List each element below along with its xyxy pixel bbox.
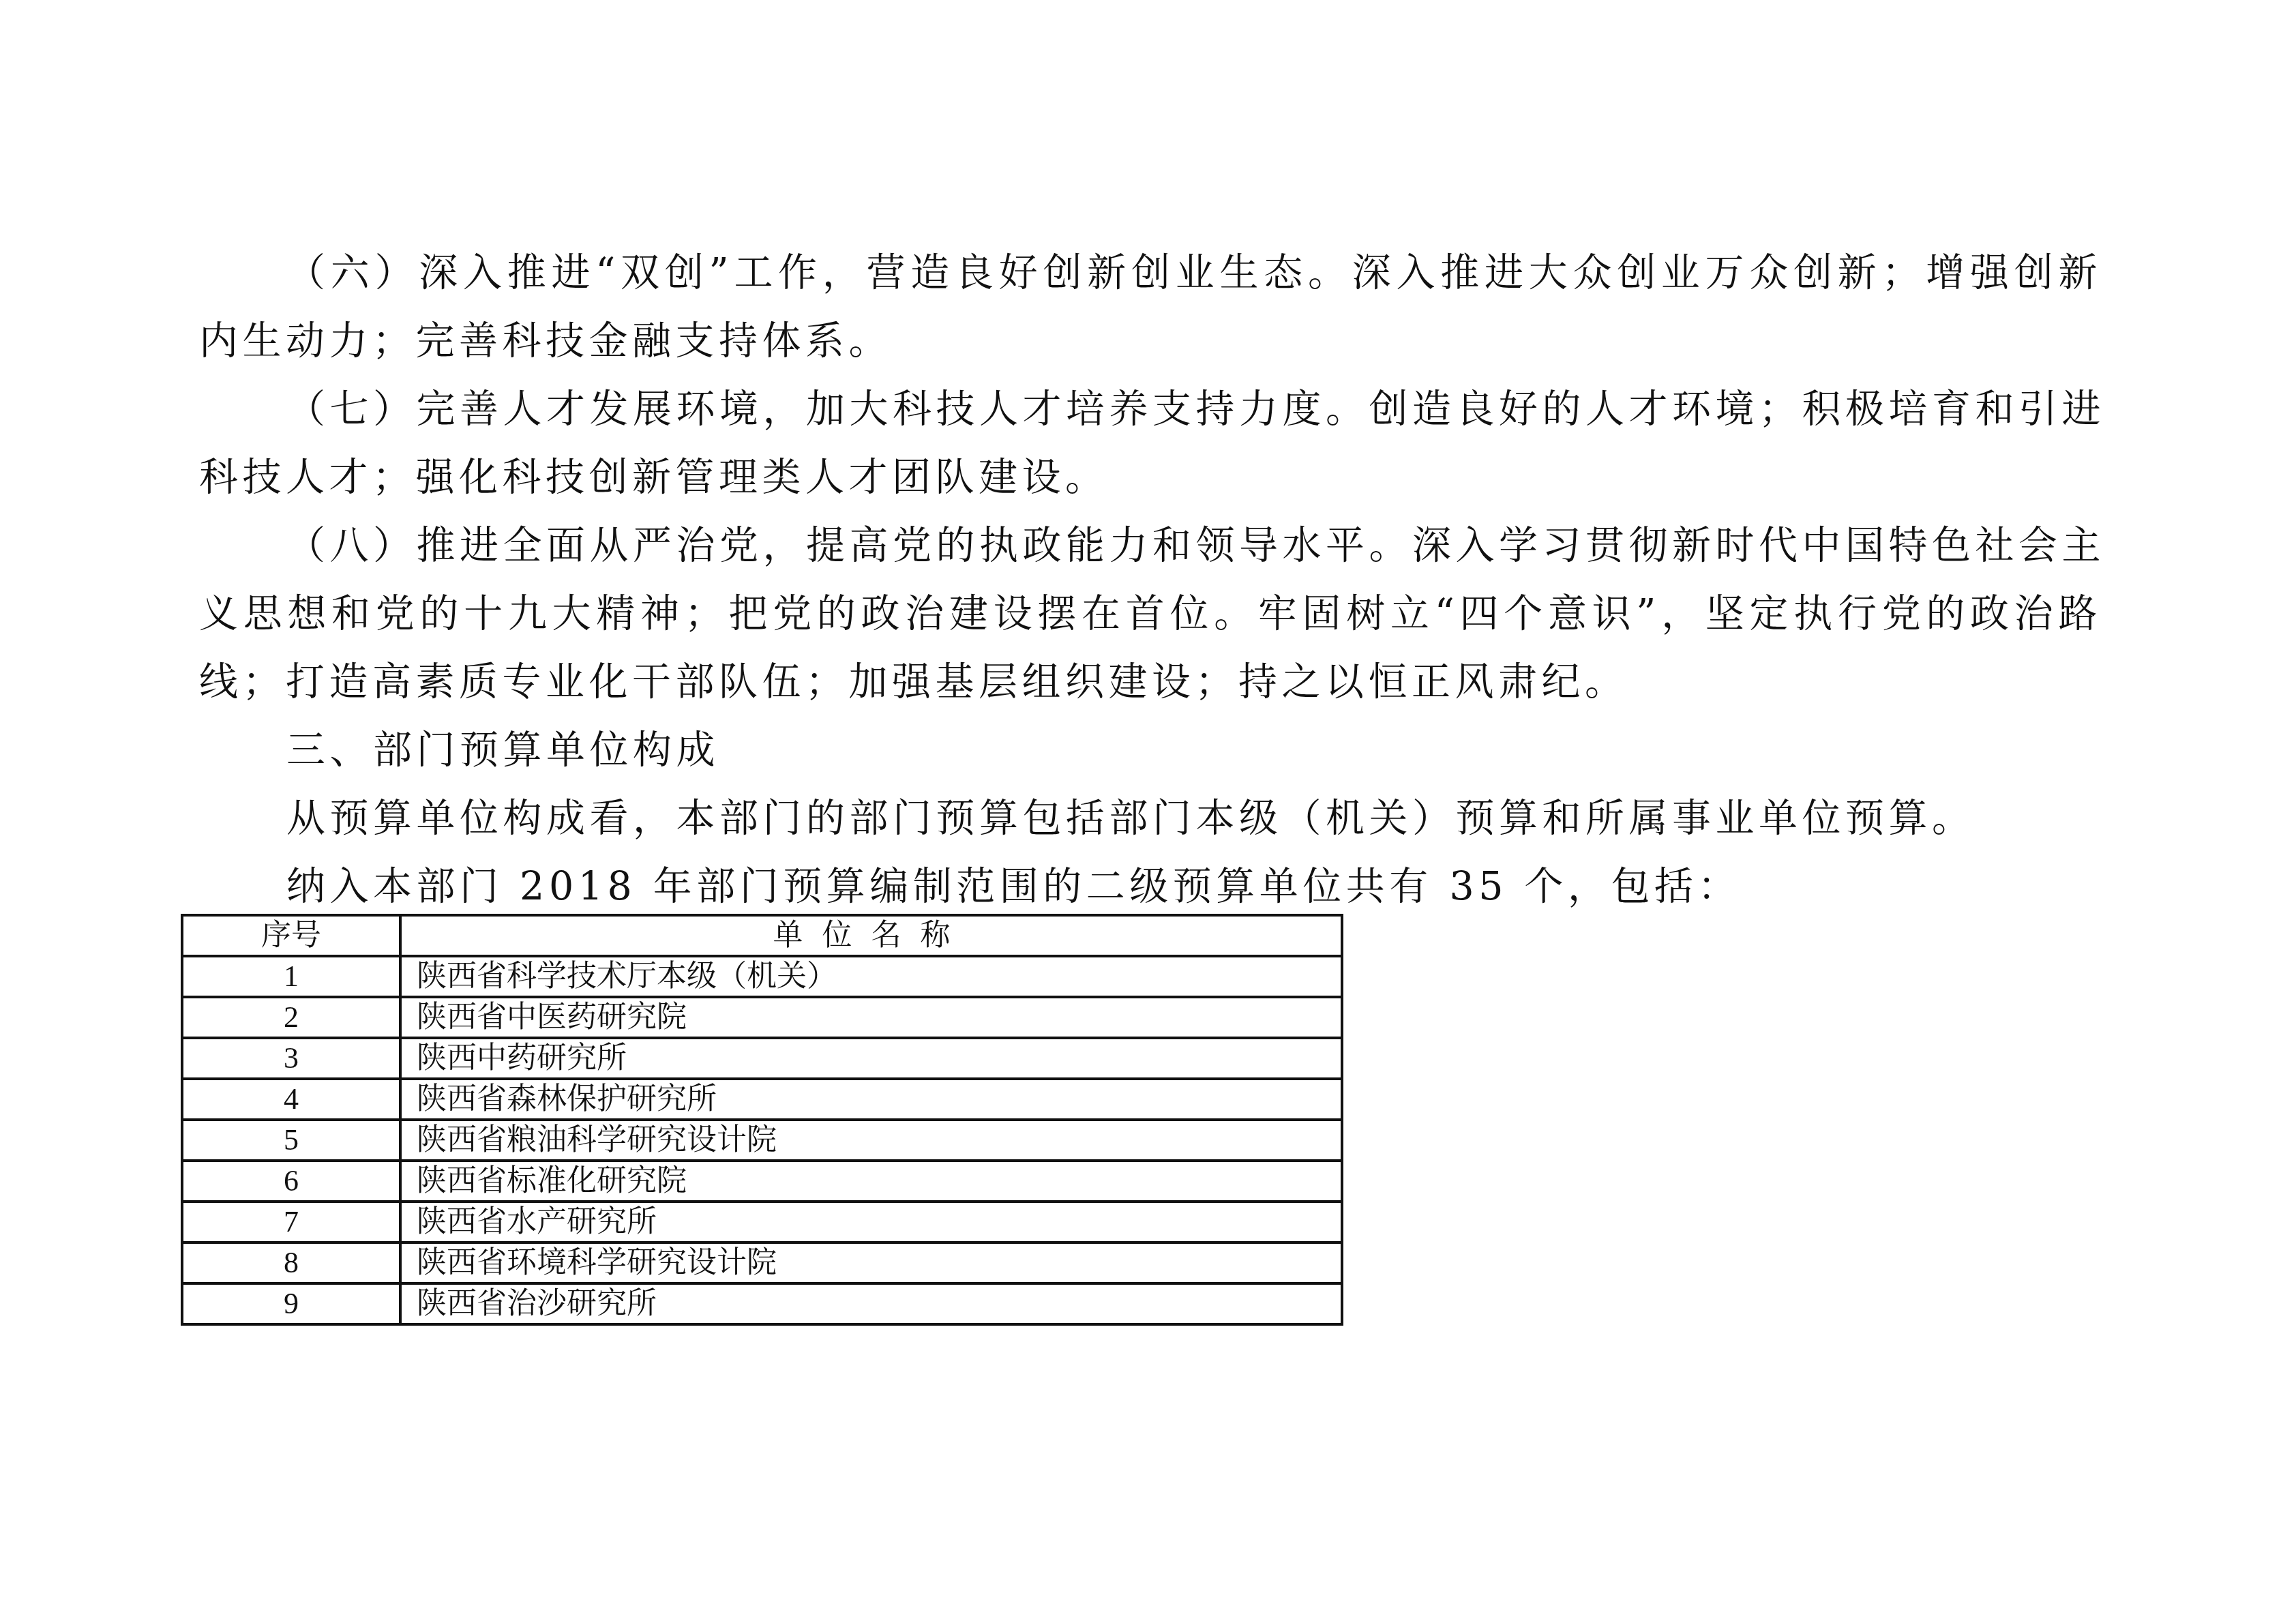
row-unit-name: 陕西省中医药研究院 (400, 997, 1342, 1038)
row-number: 4 (182, 1079, 400, 1120)
row-unit-name: 陕西省标准化研究院 (400, 1161, 1342, 1202)
table-row: 5 陕西省粮油科学研究设计院 (182, 1120, 1342, 1161)
row-number: 7 (182, 1202, 400, 1242)
paragraph-eight-line-2: 义思想和党的十九大精神；把党的政治建设摆在首位。牢固树立“四个意识”，坚定执行党… (199, 580, 2102, 648)
table-row: 4 陕西省森林保护研究所 (182, 1079, 1342, 1120)
header-unit-name: 单位名称 (400, 915, 1342, 956)
row-unit-name: 陕西省森林保护研究所 (400, 1079, 1342, 1120)
paragraph-eight-line-1: （八）推进全面从严治党，提高党的执政能力和领导水平。深入学习贯彻新时代中国特色社… (199, 511, 2102, 580)
scope-paragraph: 纳入本部门 2018 年部门预算编制范围的二级预算单位共有 35 个，包括： (199, 852, 2108, 921)
document-page: （六）深入推进“双创”工作，营造良好创新创业生态。深入推进大众创业万众创新；增强… (0, 0, 2296, 1623)
row-unit-name: 陕西省治沙研究所 (400, 1283, 1342, 1324)
row-number: 6 (182, 1161, 400, 1202)
section-heading: 三、部门预算单位构成 (199, 716, 2108, 784)
table-row: 1 陕西省科学技术厅本级（机关） (182, 956, 1342, 997)
composition-paragraph: 从预算单位构成看，本部门的部门预算包括部门本级（机关）预算和所属事业单位预算。 (199, 784, 2108, 852)
row-number: 8 (182, 1242, 400, 1283)
body-text: （六）深入推进“双创”工作，营造良好创新创业生态。深入推进大众创业万众创新；增强… (199, 239, 2108, 921)
budget-units-table: 序号 单位名称 1 陕西省科学技术厅本级（机关） 2 陕西省中医药研究院 3 陕… (181, 914, 1343, 1326)
table-row: 7 陕西省水产研究所 (182, 1202, 1342, 1242)
paragraph-seven-line-2: 科技人才；强化科技创新管理类人才团队建设。 (199, 443, 2108, 511)
row-number: 3 (182, 1038, 400, 1079)
paragraph-six-line-1: （六）深入推进“双创”工作，营造良好创新创业生态。深入推进大众创业万众创新；增强… (199, 239, 2102, 307)
row-number: 1 (182, 956, 400, 997)
table-row: 6 陕西省标准化研究院 (182, 1161, 1342, 1202)
table-row: 3 陕西中药研究所 (182, 1038, 1342, 1079)
paragraph-six-line-2: 内生动力；完善科技金融支持体系。 (199, 307, 2108, 375)
header-serial-number: 序号 (182, 915, 400, 956)
row-unit-name: 陕西省水产研究所 (400, 1202, 1342, 1242)
row-unit-name: 陕西省科学技术厅本级（机关） (400, 956, 1342, 997)
paragraph-seven-line-1: （七）完善人才发展环境，加大科技人才培养支持力度。创造良好的人才环境；积极培育和… (199, 375, 2102, 443)
row-unit-name: 陕西省环境科学研究设计院 (400, 1242, 1342, 1283)
table-row: 2 陕西省中医药研究院 (182, 997, 1342, 1038)
row-unit-name: 陕西省粮油科学研究设计院 (400, 1120, 1342, 1161)
table-row: 8 陕西省环境科学研究设计院 (182, 1242, 1342, 1283)
paragraph-eight-line-3: 线；打造高素质专业化干部队伍；加强基层组织建设；持之以恒正风肃纪。 (199, 648, 2108, 716)
table-header-row: 序号 单位名称 (182, 915, 1342, 956)
row-number: 5 (182, 1120, 400, 1161)
table-row: 9 陕西省治沙研究所 (182, 1283, 1342, 1324)
row-number: 2 (182, 997, 400, 1038)
row-unit-name: 陕西中药研究所 (400, 1038, 1342, 1079)
row-number: 9 (182, 1283, 400, 1324)
